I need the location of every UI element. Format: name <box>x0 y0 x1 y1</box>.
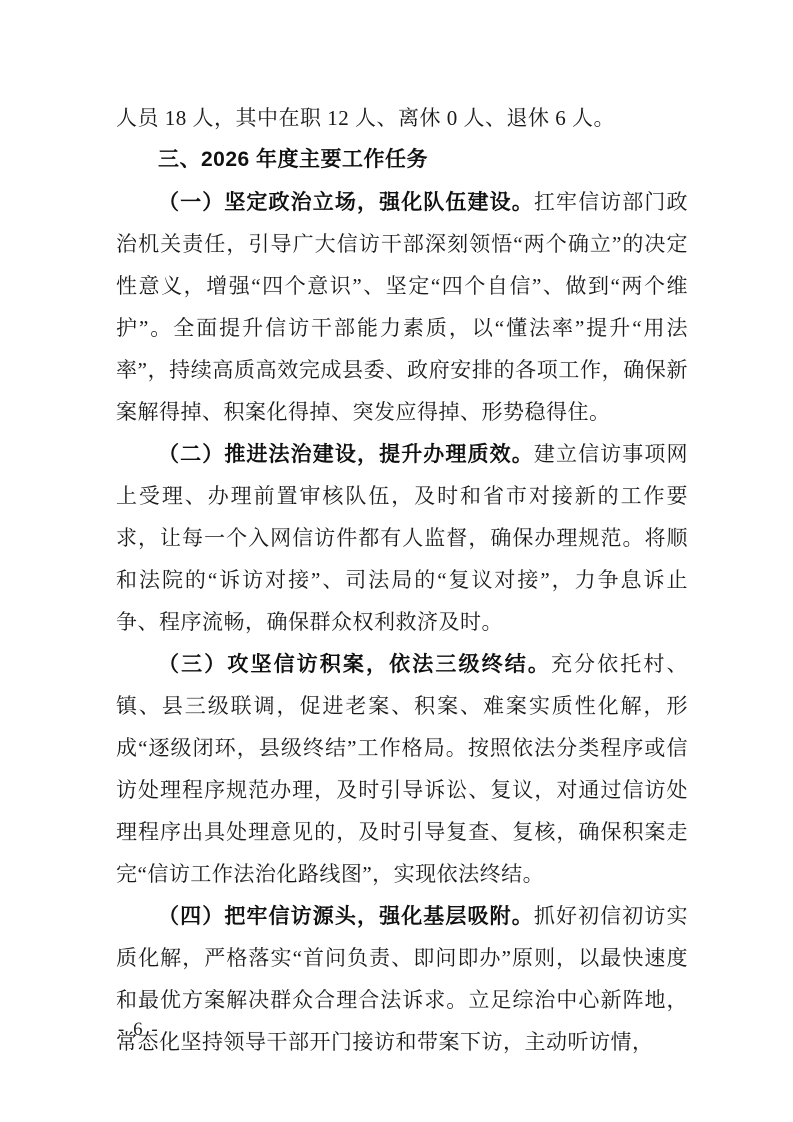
paragraph-text: 建立信访事项网上受理、办理前置审核队伍，及时和省市对接新的工作要求，让每一个入网… <box>116 442 688 634</box>
paragraph-text: 充分依托村、镇、县三级联调，促进老案、积案、难案实质性化解，形成“逐级闭环，县级… <box>116 652 688 886</box>
paragraph-text: 扛牢信访部门政治机关责任，引导广大信访干部深刻领悟“两个确立”的决定性意义，增强… <box>116 190 688 424</box>
section-heading: 三、2026 年度主要工作任务 <box>116 139 688 181</box>
paragraph-lead: （四）把牢信访源头，强化基层吸附。 <box>158 904 534 928</box>
page-number: - 6 - <box>118 1016 160 1044</box>
paragraph: （二）推进法治建设，提升办理质效。建立信访事项网上受理、办理前置审核队伍，及时和… <box>116 433 688 643</box>
intro-line: 人员 18 人，其中在职 12 人、离休 0 人、退休 6 人。 <box>116 97 688 139</box>
document-page: 人员 18 人，其中在职 12 人、离休 0 人、退休 6 人。 三、2026 … <box>0 0 793 1122</box>
document-body: 人员 18 人，其中在职 12 人、离休 0 人、退休 6 人。 三、2026 … <box>116 97 688 1063</box>
paragraph-lead: （三）攻坚信访积案，依法三级终结。 <box>158 652 551 676</box>
paragraph: （一）坚定政治立场，强化队伍建设。扛牢信访部门政治机关责任，引导广大信访干部深刻… <box>116 181 688 433</box>
paragraph: （四）把牢信访源头，强化基层吸附。抓好初信初访实质化解，严格落实“首问负责、即问… <box>116 895 688 1063</box>
paragraph-lead: （一）坚定政治立场，强化队伍建设。 <box>158 190 534 214</box>
paragraph-lead: （二）推进法治建设，提升办理质效。 <box>158 442 534 466</box>
paragraph: （三）攻坚信访积案，依法三级终结。充分依托村、镇、县三级联调，促进老案、积案、难… <box>116 643 688 895</box>
